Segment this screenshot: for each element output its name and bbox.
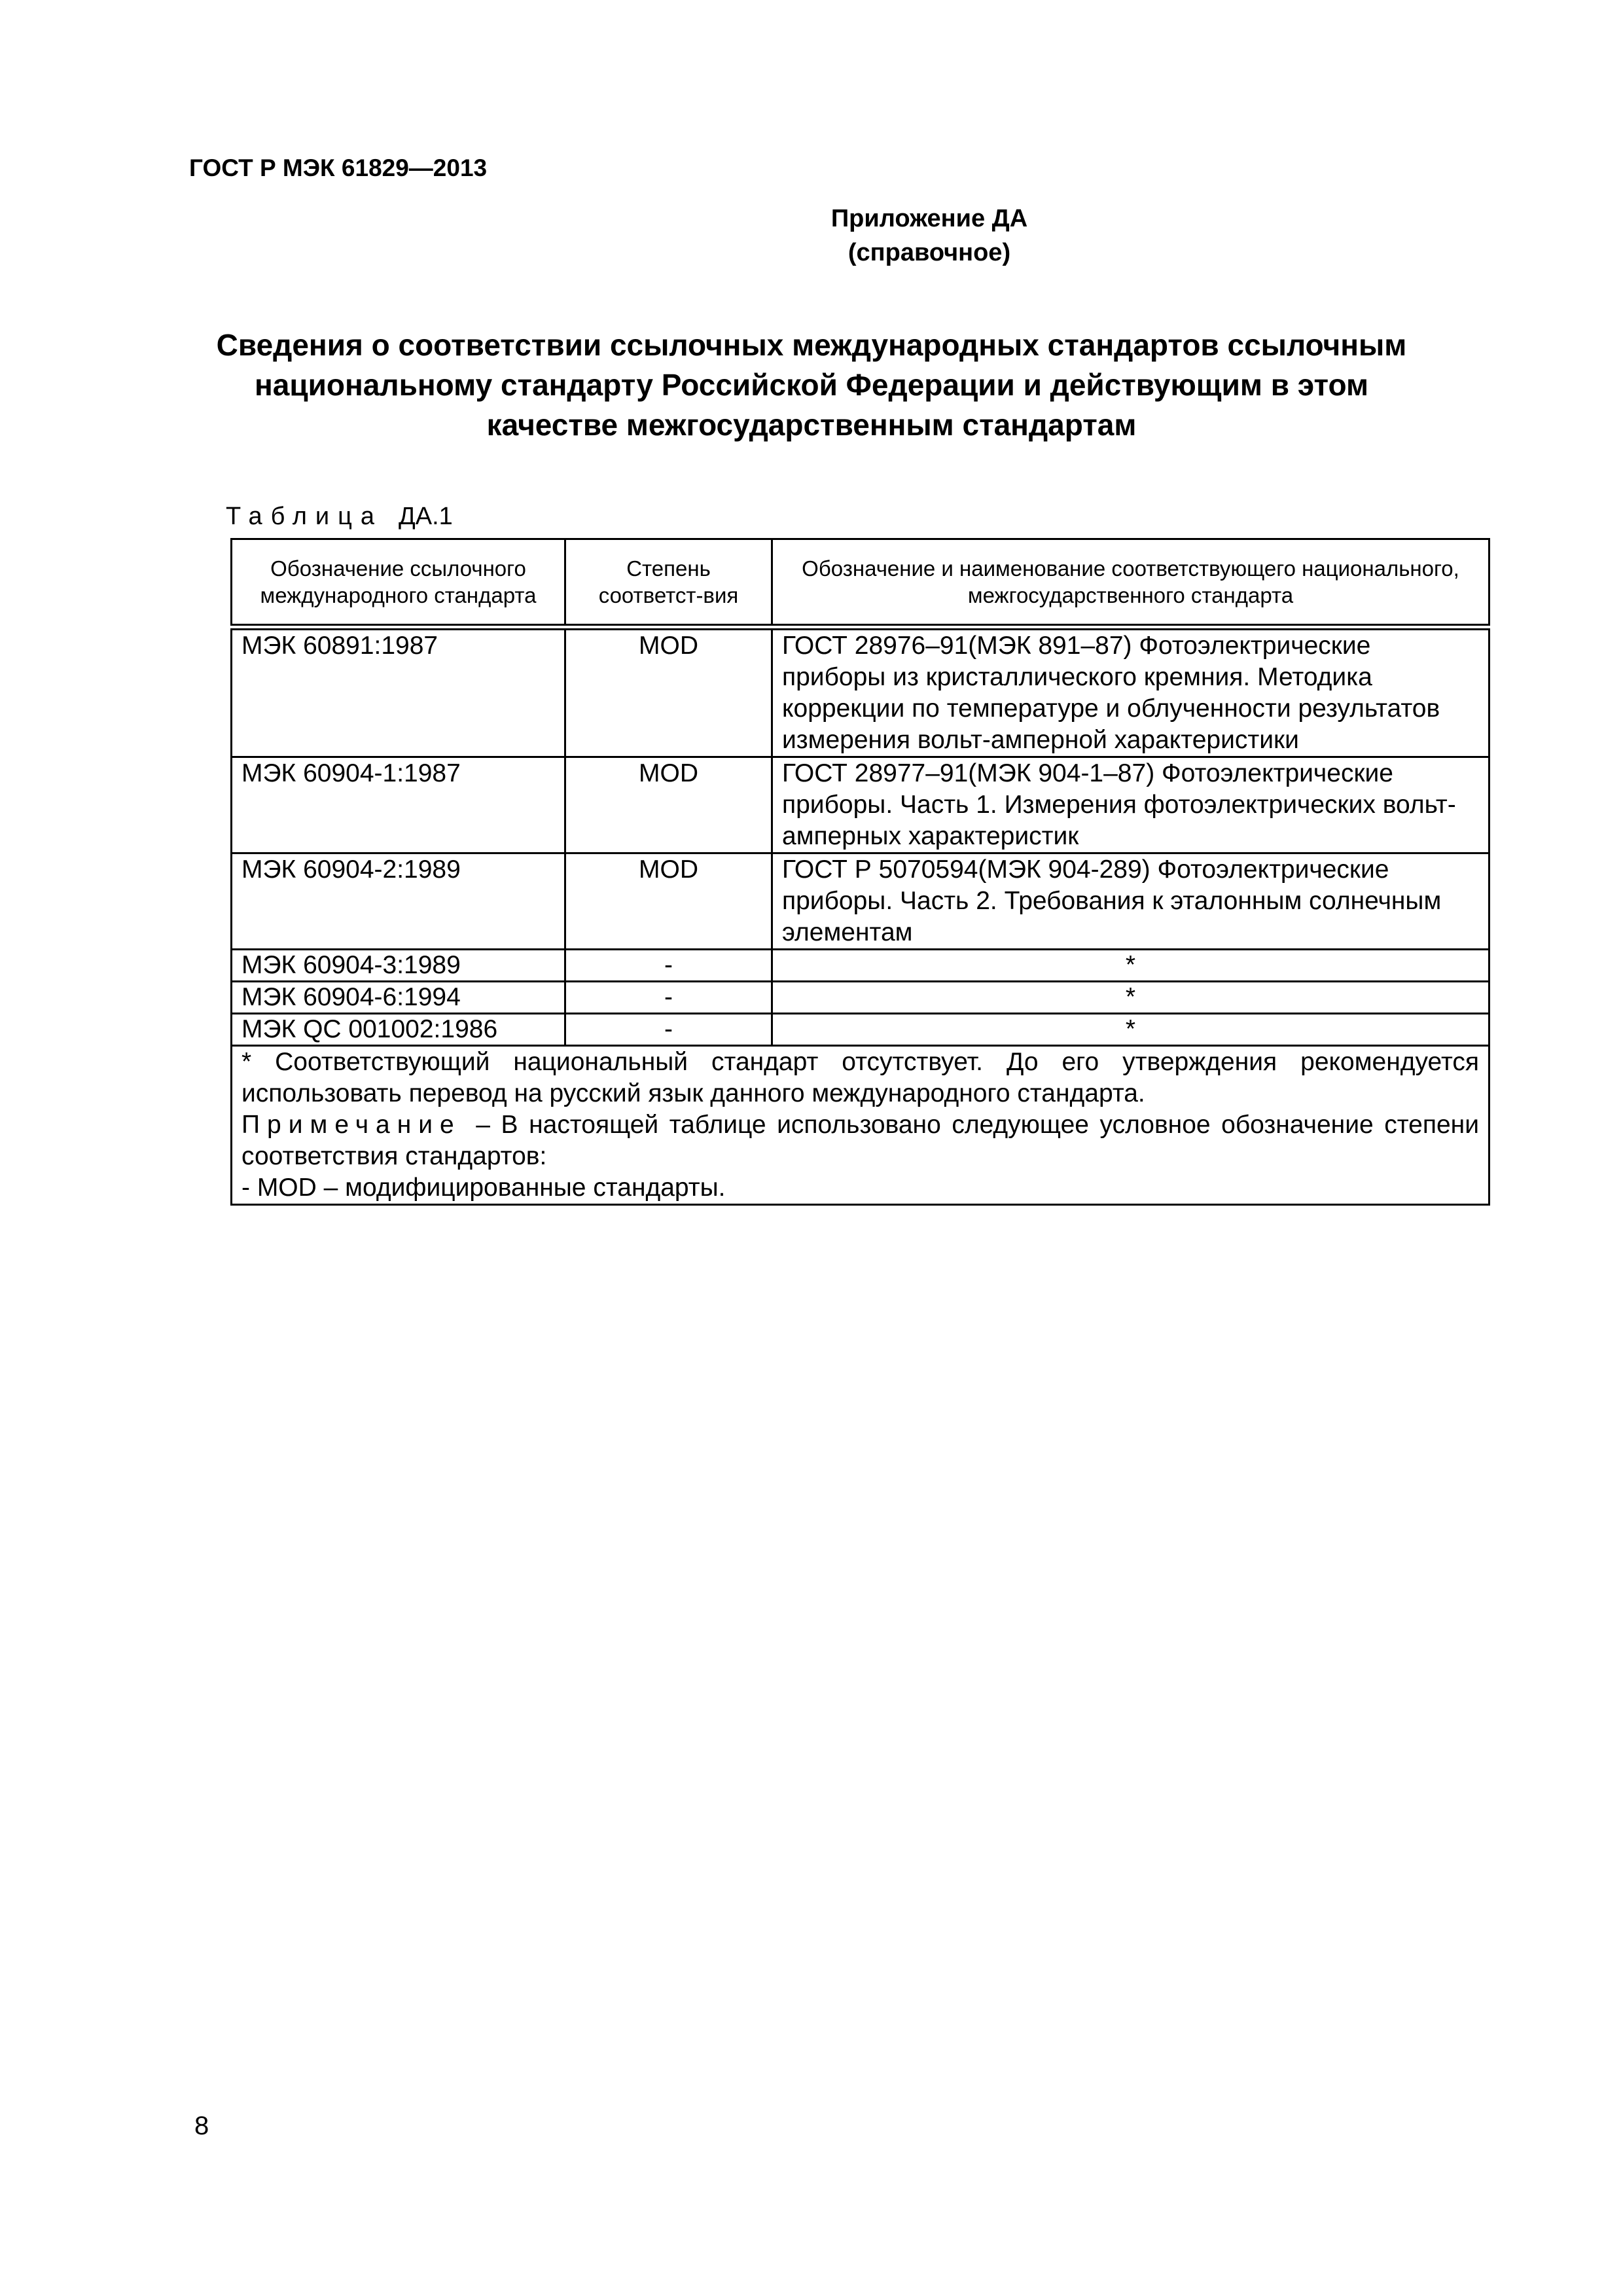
intl-standard-cell: МЭК QC 001002:1986 — [232, 1014, 565, 1046]
table-notes-row: * Соответствующий национальный стандарт … — [232, 1046, 1489, 1205]
table-caption: ТаблицаДА.1 — [226, 503, 453, 531]
intl-standard-cell: МЭК 60891:1987 — [232, 627, 565, 757]
heading-line: национальному стандарту Российской Федер… — [131, 365, 1492, 405]
intl-standard-cell: МЭК 60904-6:1994 — [232, 982, 565, 1014]
table-row: МЭК QC 001002:1986 - * — [232, 1014, 1489, 1046]
degree-cell: MOD — [565, 757, 772, 853]
note-item: - MOD – модифицированные стандарты. — [241, 1172, 1479, 1204]
intl-standard-cell: МЭК 60904-1:1987 — [232, 757, 565, 853]
annex-block: Приложение ДА (справочное) — [681, 202, 1178, 270]
table-row: МЭК 60891:1987 MOD ГОСТ 28976–91(МЭК 891… — [232, 627, 1489, 757]
national-standard-cell: ГОСТ 28977–91(МЭК 904-1–87) Фотоэлектрич… — [772, 757, 1489, 853]
document-heading: Сведения о соответствии ссылочных междун… — [131, 325, 1492, 445]
table-row: МЭК 60904-1:1987 MOD ГОСТ 28977–91(МЭК 9… — [232, 757, 1489, 853]
national-standard-cell: * — [772, 1014, 1489, 1046]
national-standard-cell: ГОСТ 28976–91(МЭК 891–87) Фотоэлектричес… — [772, 627, 1489, 757]
table-note: Примечание – В настоящей таблице использ… — [241, 1109, 1479, 1172]
table-header-row: Обозначение ссылочного международного ст… — [232, 539, 1489, 628]
table-caption-number: ДА.1 — [399, 503, 453, 530]
footnote-line-2: использовать перевод на русский язык дан… — [241, 1078, 1479, 1109]
degree-cell: - — [565, 950, 772, 982]
column-header-international: Обозначение ссылочного международного ст… — [232, 539, 565, 628]
note-label: Примечание — [241, 1111, 461, 1139]
national-standard-cell: * — [772, 950, 1489, 982]
column-header-degree: Степень соответст-вия — [565, 539, 772, 628]
degree-cell: - — [565, 1014, 772, 1046]
table-row: МЭК 60904-6:1994 - * — [232, 982, 1489, 1014]
annex-subtitle: (справочное) — [681, 236, 1178, 270]
national-standard-cell: ГОСТ Р 5070594(МЭК 904-289) Фотоэлектрич… — [772, 853, 1489, 950]
table-row: МЭК 60904-2:1989 MOD ГОСТ Р 5070594(МЭК … — [232, 853, 1489, 950]
national-standard-cell: * — [772, 982, 1489, 1014]
document-code: ГОСТ Р МЭК 61829—2013 — [189, 154, 487, 182]
column-header-national: Обозначение и наименование соответствующ… — [772, 539, 1489, 628]
degree-cell: MOD — [565, 853, 772, 950]
intl-standard-cell: МЭК 60904-2:1989 — [232, 853, 565, 950]
reference-standards-table: Обозначение ссылочного международного ст… — [230, 538, 1490, 1206]
degree-cell: MOD — [565, 627, 772, 757]
intl-standard-cell: МЭК 60904-3:1989 — [232, 950, 565, 982]
degree-cell: - — [565, 982, 772, 1014]
annex-title: Приложение ДА — [681, 202, 1178, 236]
heading-line: Сведения о соответствии ссылочных междун… — [131, 325, 1492, 365]
page-number: 8 — [194, 2111, 209, 2141]
footnote-line-1: * Соответствующий национальный стандарт … — [241, 1047, 1479, 1078]
table-row: МЭК 60904-3:1989 - * — [232, 950, 1489, 982]
table-caption-label: Таблица — [226, 503, 383, 530]
heading-line: качестве межгосударственным стандартам — [131, 405, 1492, 445]
table-notes-cell: * Соответствующий национальный стандарт … — [232, 1046, 1489, 1205]
